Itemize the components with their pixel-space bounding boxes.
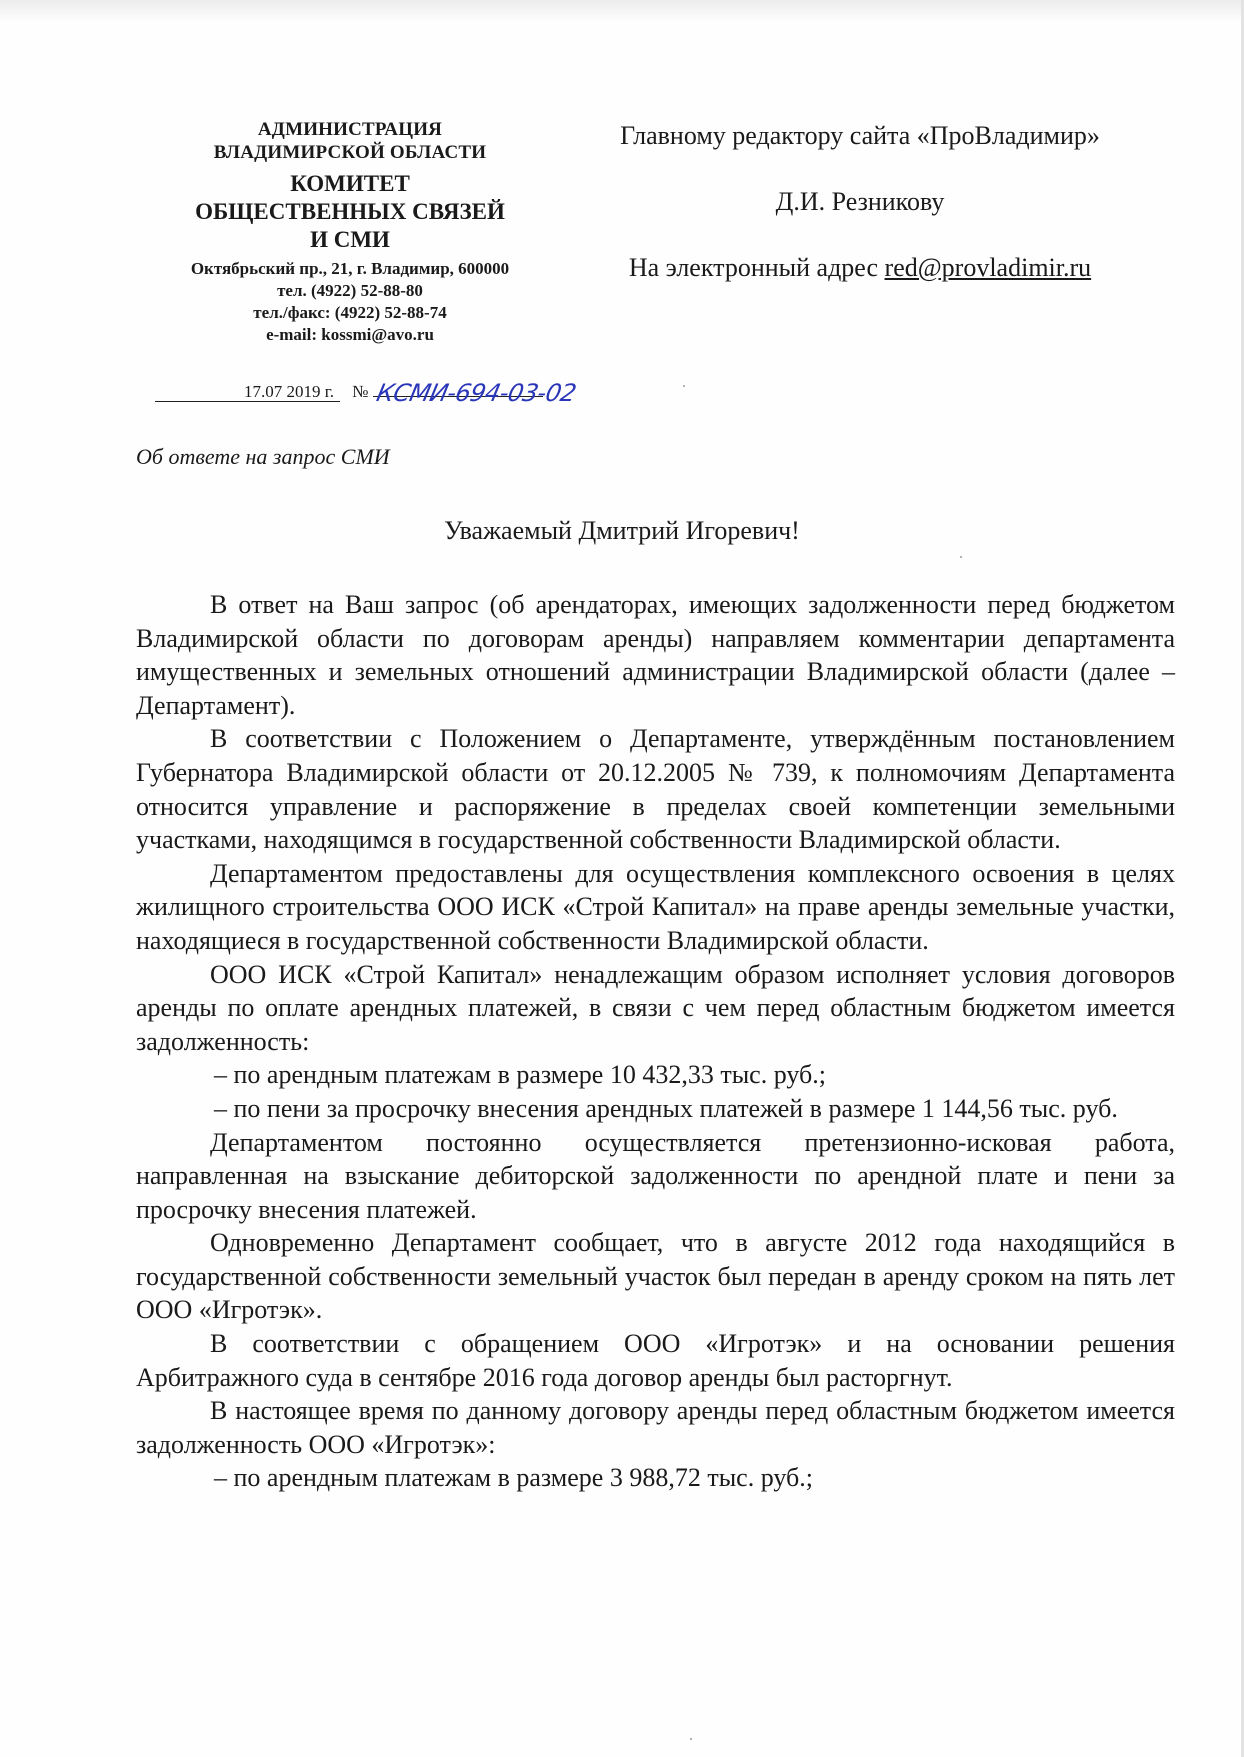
sender-fax: тел./факс: (4922) 52-88-74 bbox=[140, 302, 560, 324]
body-paragraph: В соответствии с обращением ООО «Игротэк… bbox=[136, 1327, 1175, 1394]
registration-date: 17.07 2019 г. bbox=[155, 382, 340, 402]
scan-speck bbox=[965, 1003, 967, 1005]
body-paragraph: Департаментом постоянно осуществляется п… bbox=[136, 1126, 1175, 1227]
registration-line: 17.07 2019 г. № КСМИ-694-03-02 bbox=[155, 382, 543, 402]
sender-email: e-mail: kossmi@avo.ru bbox=[140, 324, 560, 346]
committee-name: КОМИТЕТ ОБЩЕСТВЕННЫХ СВЯЗЕЙ И СМИ bbox=[140, 170, 560, 254]
scan-speck bbox=[960, 556, 962, 558]
letter-body: В ответ на Ваш запрос (об арендаторах, и… bbox=[136, 588, 1175, 1495]
committee-line-2: ОБЩЕСТВЕННЫХ СВЯЗЕЙ bbox=[140, 198, 560, 226]
body-paragraph: В настоящее время по данному договору ар… bbox=[136, 1394, 1175, 1461]
committee-line-1: КОМИТЕТ bbox=[140, 170, 560, 198]
recipient-position: Главному редактору сайта «ПроВладимир» bbox=[560, 120, 1160, 152]
greeting: Уважаемый Дмитрий Игоревич! bbox=[0, 516, 1244, 546]
scan-speck bbox=[690, 1738, 692, 1740]
sender-contacts: Октябрьский пр., 21, г. Владимир, 600000… bbox=[140, 258, 560, 346]
recipient-email-line: На электронный адрес red@provladimir.ru bbox=[560, 252, 1160, 284]
document-page: АДМИНИСТРАЦИЯ ВЛАДИМИРСКОЙ ОБЛАСТИ КОМИТ… bbox=[0, 0, 1244, 1757]
body-paragraph: В соответствии с Положением о Департамен… bbox=[136, 722, 1175, 856]
recipient-block: Главному редактору сайта «ПроВладимир» Д… bbox=[560, 120, 1160, 318]
sender-phone: тел. (4922) 52-88-80 bbox=[140, 280, 560, 302]
body-paragraph: В ответ на Ваш запрос (об арендаторах, и… bbox=[136, 588, 1175, 722]
administration-name: АДМИНИСТРАЦИЯ ВЛАДИМИРСКОЙ ОБЛАСТИ bbox=[140, 118, 560, 164]
letter-subject: Об ответе на запрос СМИ bbox=[136, 444, 390, 470]
administration-line-2: ВЛАДИМИРСКОЙ ОБЛАСТИ bbox=[140, 141, 560, 164]
body-paragraph: ООО ИСК «Строй Капитал» ненадлежащим обр… bbox=[136, 958, 1175, 1059]
body-paragraph: Департаментом предоставлены для осуществ… bbox=[136, 857, 1175, 958]
debt-item: – по арендным платежам в размере 10 432,… bbox=[136, 1058, 1175, 1092]
registration-number-field: КСМИ-694-03-02 bbox=[373, 396, 543, 397]
debt-item: – по пени за просрочку внесения арендных… bbox=[136, 1092, 1175, 1126]
committee-line-3: И СМИ bbox=[140, 226, 560, 254]
recipient-email-link[interactable]: red@provladimir.ru bbox=[885, 253, 1092, 282]
debt-item: – по арендным платежам в размере 3 988,7… bbox=[136, 1461, 1175, 1495]
handwritten-registration-number: КСМИ-694-03-02 bbox=[375, 384, 577, 403]
body-paragraph: Одновременно Департамент сообщает, что в… bbox=[136, 1226, 1175, 1327]
recipient-name: Д.И. Резникову bbox=[560, 186, 1160, 218]
number-label: № bbox=[352, 382, 368, 401]
sender-letterhead: АДМИНИСТРАЦИЯ ВЛАДИМИРСКОЙ ОБЛАСТИ КОМИТ… bbox=[140, 118, 560, 346]
sender-address: Октябрьский пр., 21, г. Владимир, 600000 bbox=[140, 258, 560, 280]
recipient-email-prefix: На электронный адрес bbox=[629, 253, 885, 282]
scan-speck bbox=[683, 385, 685, 387]
administration-line-1: АДМИНИСТРАЦИЯ bbox=[140, 118, 560, 141]
